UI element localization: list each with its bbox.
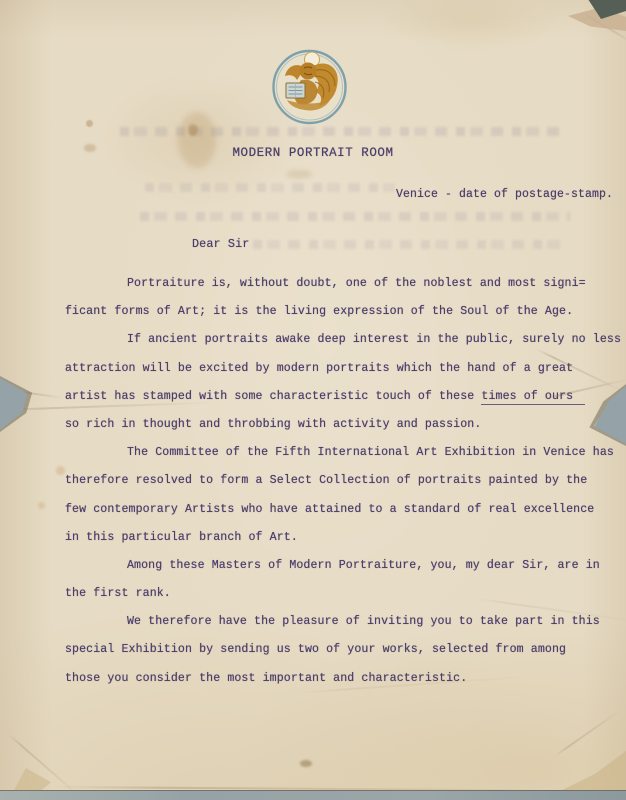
bleed-through-text bbox=[253, 240, 568, 249]
stain bbox=[86, 120, 93, 127]
typed-line-with-underline: artist has stamped with some characteris… bbox=[65, 383, 621, 411]
typed-line: so rich in thought and throbbing with ac… bbox=[65, 411, 621, 439]
typed-line: The Committee of the Fifth International… bbox=[65, 439, 621, 467]
bleed-through-text bbox=[145, 183, 395, 192]
stain bbox=[188, 124, 198, 136]
typed-line: We therefore have the pleasure of inviti… bbox=[65, 608, 621, 636]
date-line: Venice - date of postage-stamp. bbox=[396, 188, 613, 201]
typed-line: ficant forms of Art; it is the living ex… bbox=[65, 298, 621, 326]
backing-strip bbox=[0, 790, 626, 800]
typed-line: in this particular branch of Art. bbox=[65, 524, 621, 552]
salutation: Dear Sir bbox=[192, 237, 249, 251]
typed-line: special Exhibition by sending us two of … bbox=[65, 636, 621, 664]
stain bbox=[300, 760, 312, 767]
typed-line: the first rank. bbox=[65, 580, 621, 608]
typed-line: Portraiture is, without doubt, one of th… bbox=[65, 270, 621, 298]
stain bbox=[286, 170, 312, 178]
typed-line-pre: artist has stamped with some characteris… bbox=[65, 390, 481, 403]
typed-line: few contemporary Artists who have attain… bbox=[65, 496, 621, 524]
letterhead-title: MODERN PORTRAIT ROOM bbox=[0, 146, 626, 160]
stain bbox=[38, 502, 45, 509]
letter-body: Portraiture is, without doubt, one of th… bbox=[65, 270, 621, 693]
typed-line: Among these Masters of Modern Portraitur… bbox=[65, 552, 621, 580]
typed-line: attraction will be excited by modern por… bbox=[65, 355, 621, 383]
stain bbox=[56, 466, 65, 475]
typed-line: therefore resolved to form a Select Coll… bbox=[65, 467, 621, 495]
bleed-through-text bbox=[140, 212, 570, 221]
letter-page: MODERN PORTRAIT ROOM Venice - date of po… bbox=[0, 0, 626, 800]
winged-lion-of-st-mark-emblem-icon bbox=[271, 46, 348, 126]
